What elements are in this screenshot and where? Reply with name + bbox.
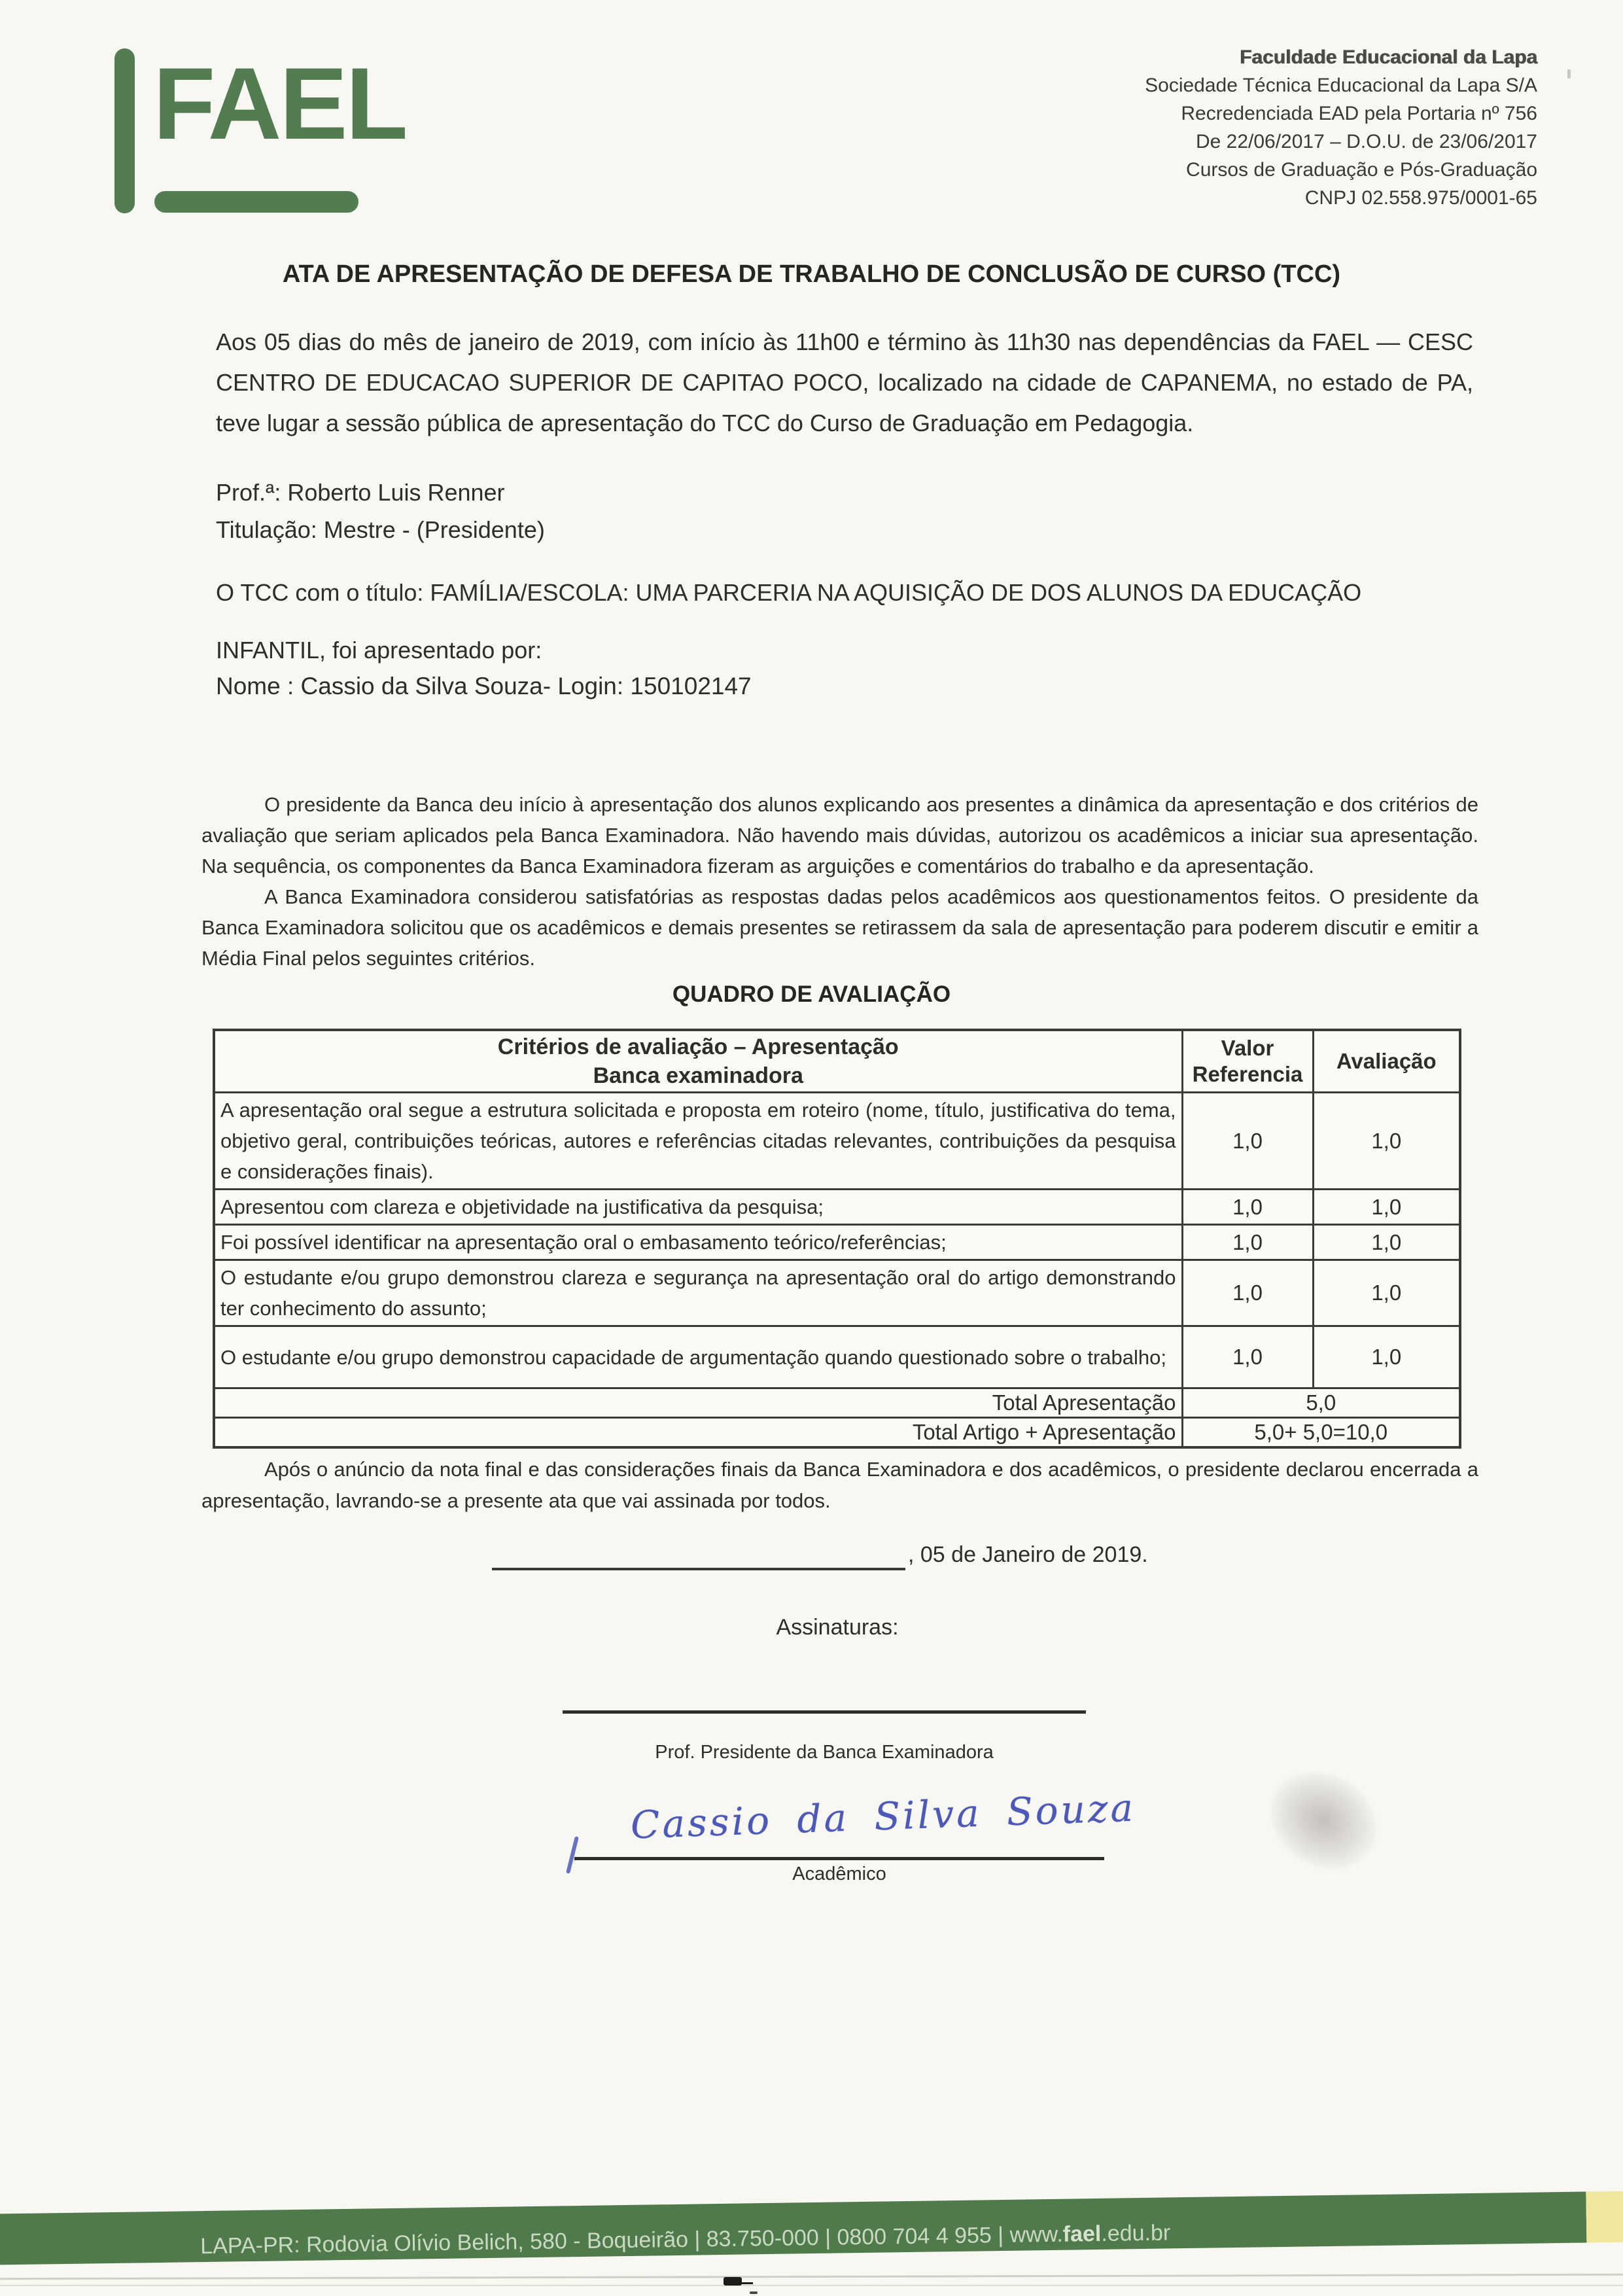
avaliacao-cell: 1,0 [1313,1326,1460,1388]
letterhead-dates: De 22/06/2017 – D.O.U. de 23/06/2017 [1145,128,1537,156]
avaliacao-cell: 1,0 [1313,1225,1460,1260]
valor-cell: 1,0 [1182,1326,1313,1388]
scan-edge-line [0,2274,1623,2280]
table-header-row: Critérios de avaliação – Apresentação Ba… [214,1030,1460,1093]
letterhead-accreditation: Recredenciada EAD pela Portaria nº 756 [1145,99,1537,128]
avaliacao-cell: 1,0 [1313,1260,1460,1326]
table-row: O estudante e/ou grupo demonstrou capaci… [214,1326,1460,1388]
letterhead-institution: Faculdade Educacional da Lapa [1145,43,1537,71]
closing-paragraph-wrap: Após o anúncio da nota final e das consi… [201,1454,1478,1517]
professor-line: Prof.ª: Roberto Luis Renner [216,474,545,511]
criterion-cell: Foi possível identificar na apresentação… [214,1225,1182,1260]
footer-address: LAPA-PR: Rodovia Olívio Belich, 580 - Bo… [200,2220,1171,2262]
avaliacao-cell: 1,0 [1313,1093,1460,1190]
letterhead-company: Sociedade Técnica Educacional da Lapa S/… [1145,71,1537,99]
total-apresentacao-label: Total Apresentação [214,1388,1182,1418]
titulacao-line: Titulação: Mestre - (Presidente) [216,511,545,548]
letterhead-cnpj: CNPJ 02.558.975/0001-65 [1145,184,1537,212]
total-geral-value: 5,0+ 5,0=10,0 [1182,1418,1460,1448]
letterhead: Faculdade Educacional da Lapa Sociedade … [1145,43,1537,212]
scan-artifact-mark [724,2277,742,2286]
tcc-title-paragraph: O TCC com o título: FAMÍLIA/ESCOLA: UMA … [216,564,1393,679]
criterion-cell: A apresentação oral segue a estrutura so… [214,1093,1182,1190]
header-criterios-line1: Critérios de avaliação – Apresentação [220,1033,1176,1061]
president-signature-line [563,1710,1086,1714]
date-text: , 05 de Janeiro de 2019. [908,1539,1148,1570]
footer-address-text: LAPA-PR: Rodovia Olívio Belich, 580 - Bo… [200,2222,1063,2259]
total-geral-row: Total Artigo + Apresentação 5,0+ 5,0=10,… [214,1418,1460,1448]
criterion-cell: O estudante e/ou grupo demonstrou clarez… [214,1260,1182,1326]
header-valor-referencia: Valor Referencia [1182,1030,1313,1093]
valor-cell: 1,0 [1182,1093,1313,1190]
signatures-heading: Assinaturas: [216,1615,1459,1640]
academic-signature-line [574,1857,1104,1860]
scanned-document-page: FAEL Faculdade Educacional da Lapa Socie… [0,0,1623,2296]
table-row: Apresentou com clareza e objetividade na… [214,1190,1460,1225]
valor-cell: 1,0 [1182,1260,1313,1326]
footer-green-band: LAPA-PR: Rodovia Olívio Belich, 580 - Bo… [0,2192,1586,2265]
letterhead-courses: Cursos de Graduação e Pós-Graduação [1145,156,1537,184]
president-signature-label: Prof. Presidente da Banca Examinadora [563,1742,1086,1763]
fael-logo-bar-icon [114,48,135,213]
dateline: , 05 de Janeiro de 2019. [492,1539,1148,1570]
table-row: A apresentação oral segue a estrutura so… [214,1093,1460,1190]
fael-logo-underline-icon [154,191,358,213]
pencil-smudge [1252,1752,1395,1889]
criterion-cell: O estudante e/ou grupo demonstrou capaci… [214,1326,1182,1388]
city-blank-line [492,1542,905,1570]
evaluation-heading: QUADRO DE AVALIAÇÃO [0,981,1623,1008]
body-paragraphs: O presidente da Banca deu início à apres… [201,789,1478,974]
academic-signature-label: Acadêmico [574,1863,1104,1885]
body-paragraph-2: A Banca Examinadora considerou satisfató… [201,881,1478,974]
evaluation-table-wrap: Critérios de avaliação – Apresentação Ba… [213,1029,1459,1449]
body-paragraph-1: O presidente da Banca deu início à apres… [201,789,1478,881]
footer-yellow-strip [1586,2191,1623,2242]
total-geral-label: Total Artigo + Apresentação [214,1418,1182,1448]
scan-artifact-mark [750,2291,758,2294]
header-criterios-line2: Banca examinadora [220,1061,1176,1090]
document-title: ATA DE APRESENTAÇÃO DE DEFESA DE TRABALH… [0,260,1623,289]
header-avaliacao: Avaliação [1313,1030,1460,1093]
total-apresentacao-value: 5,0 [1182,1388,1460,1418]
avaliacao-cell: 1,0 [1313,1190,1460,1225]
total-apresentacao-row: Total Apresentação 5,0 [214,1388,1460,1418]
footer-site-suffix: .edu.br [1101,2220,1170,2246]
header-valor-line1: Valor [1189,1035,1307,1061]
evaluation-table: Critérios de avaliação – Apresentação Ba… [213,1029,1461,1449]
fael-logo-text: FAEL [153,46,406,163]
professor-block: Prof.ª: Roberto Luis Renner Titulação: M… [216,474,545,548]
scan-edge-line [0,2285,1623,2286]
criterion-cell: Apresentou com clareza e objetividade na… [214,1190,1182,1225]
table-row: O estudante e/ou grupo demonstrou clarez… [214,1260,1460,1326]
footer-bar: LAPA-PR: Rodovia Olívio Belich, 580 - Bo… [0,2191,1623,2265]
valor-cell: 1,0 [1182,1190,1313,1225]
valor-cell: 1,0 [1182,1225,1313,1260]
footer-site-bold: fael [1063,2221,1102,2247]
header-valor-line2: Referencia [1189,1061,1307,1087]
student-line: Nome : Cassio da Silva Souza- Login: 150… [216,673,752,700]
header-criterios: Critérios de avaliação – Apresentação Ba… [214,1030,1182,1093]
intro-paragraph: Aos 05 dias do mês de janeiro de 2019, c… [216,322,1473,444]
scan-speck [1567,69,1571,79]
academic-handwritten-signature: Cassio da Silva Souza [614,1785,1152,1848]
table-row: Foi possível identificar na apresentação… [214,1225,1460,1260]
closing-paragraph: Após o anúncio da nota final e das consi… [201,1454,1478,1517]
